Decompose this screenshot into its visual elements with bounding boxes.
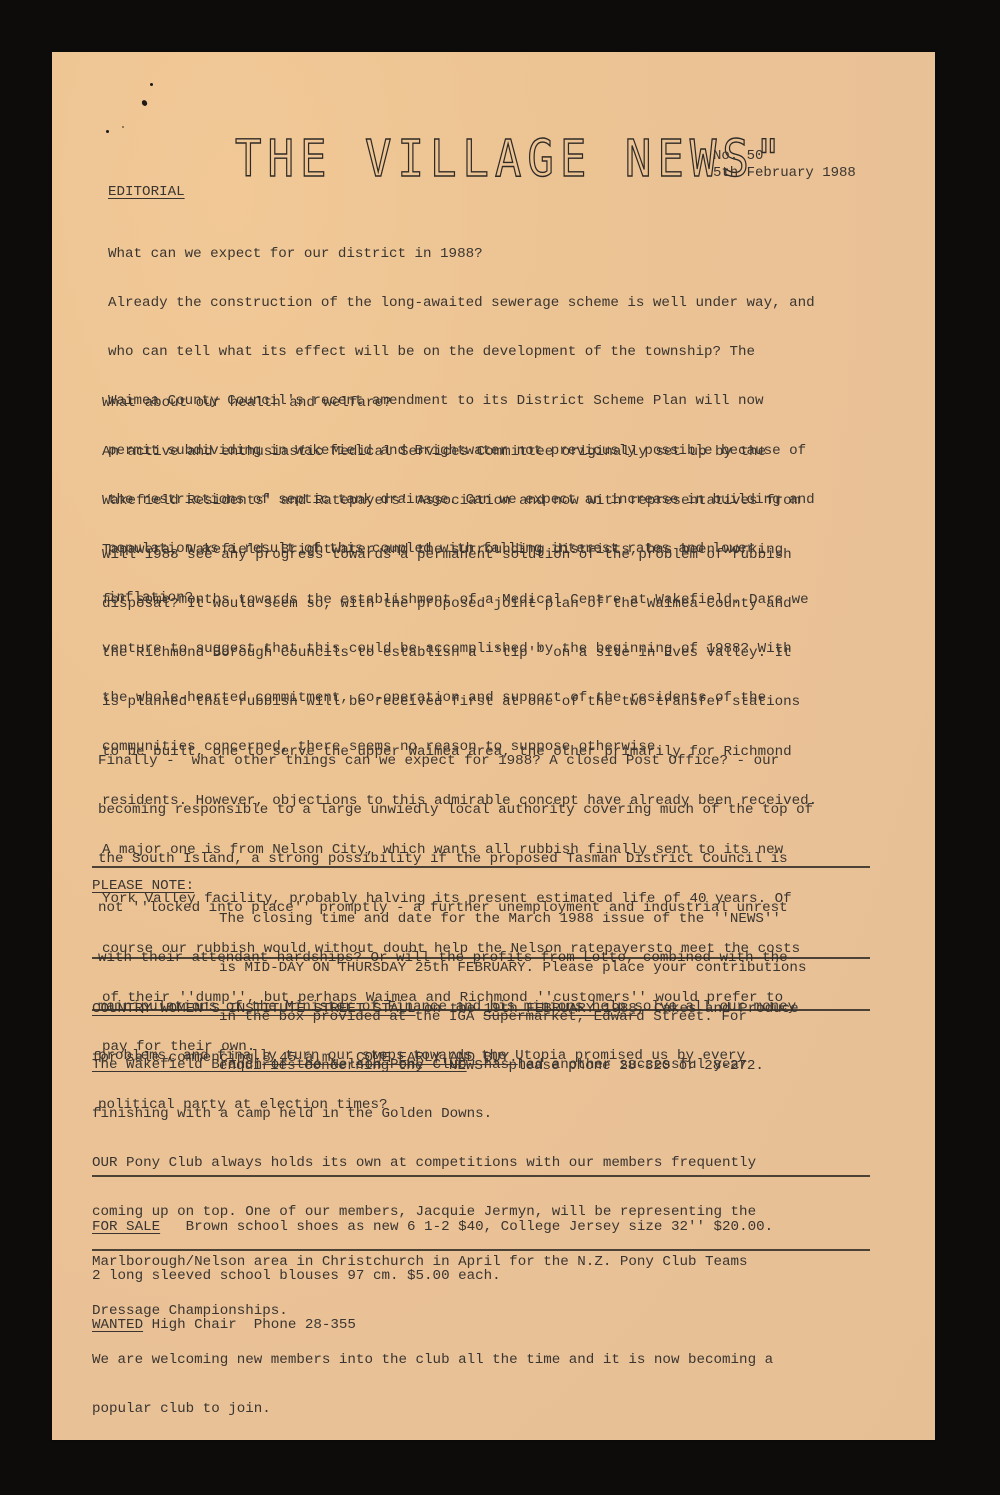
divider-rule (92, 1249, 870, 1251)
issue-date: 5th February 1988 (713, 165, 856, 182)
text-line: The Wakefield Branch of the Nelson Pony … (92, 1057, 773, 1073)
text-line: popular club to join. (92, 1401, 773, 1417)
text-line: Already the construction of the long-awa… (108, 295, 815, 311)
text-line: 2 long sleeved school blouses 97 cm. $5.… (92, 1268, 773, 1284)
masthead-title: THE VILLAGE NEWS" (235, 130, 705, 199)
issue-number: No. 50 (713, 148, 856, 165)
pony-club-title: The Wakefield Branch of the Nelson Pony … (92, 1057, 467, 1073)
ink-speck (106, 130, 109, 133)
text-line: the Richmond Borough Councils to establi… (102, 645, 817, 661)
text-fragment: Brown school shoes as new 6 1-2 $40, Col… (160, 1219, 773, 1235)
text-line: What can we expect for our district in 1… (108, 246, 815, 262)
please-note-label: PLEASE NOTE: (92, 878, 194, 894)
divider-rule (92, 1009, 870, 1011)
text-line: What about our health and welfare? (102, 395, 809, 411)
for-sale-label: FOR SALE (92, 1219, 160, 1235)
text-line: FOR SALE Brown school shoes as new 6 1-2… (92, 1219, 773, 1235)
divider-rule (92, 957, 870, 959)
classifieds: FOR SALE Brown school shoes as new 6 1-2… (92, 1186, 773, 1366)
text-fragment: has had another successful year (467, 1057, 748, 1073)
divider-rule (92, 866, 870, 868)
editorial-heading: EDITORIAL (108, 184, 185, 200)
text-line: Wakefield Residents' and Ratepayers' Ass… (102, 493, 809, 509)
newsletter-page: THE VILLAGE NEWS" No. 50 5th February 19… (52, 52, 935, 1440)
text-line: Finally - what other things can we expec… (98, 753, 813, 769)
text-line: finishing with a camp held in the Golden… (92, 1106, 773, 1122)
wanted-label: WANTED (92, 1317, 143, 1333)
text-line: An active and enthusiastic Medical Servi… (102, 444, 809, 460)
ink-speck (122, 126, 124, 128)
text-line: who can tell what its effect will be on … (108, 344, 815, 360)
text-line: OUR Pony Club always holds its own at co… (92, 1155, 773, 1171)
text-line: is planned that rubbish will be received… (102, 694, 817, 710)
text-line: becoming responsible to a large unwiedly… (98, 802, 813, 818)
text-line: The closing time and date for the March … (219, 911, 806, 927)
text-line: Will 1988 see any progress towards a per… (102, 547, 817, 563)
issue-info: No. 50 5th February 1988 (713, 148, 856, 182)
ink-speck (150, 83, 153, 86)
ink-speck (141, 99, 148, 107)
divider-rule (92, 1175, 870, 1177)
text-fragment: High Chair Phone 28-355 (143, 1317, 356, 1333)
text-line: disposal? It would seem so, with the pro… (102, 596, 817, 612)
text-line: WANTED High Chair Phone 28-355 (92, 1317, 773, 1333)
